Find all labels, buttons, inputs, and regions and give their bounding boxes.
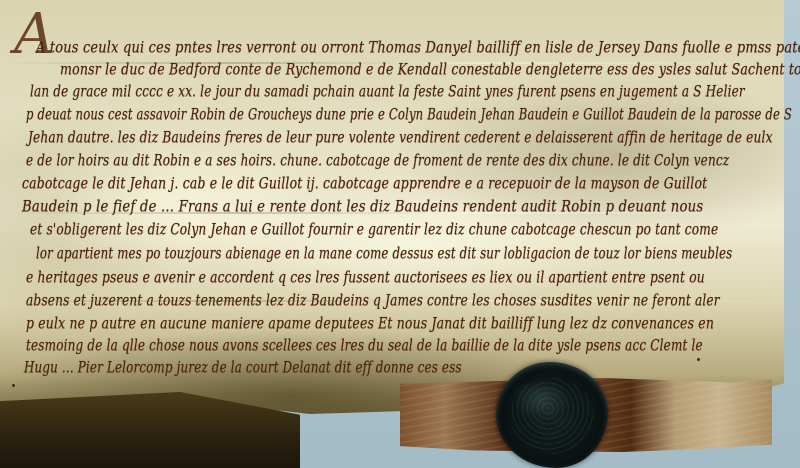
text-line: Baudein p le fief de ... Frans a lui e r… xyxy=(22,198,703,216)
text-line: p eulx ne p autre en aucune maniere apam… xyxy=(26,315,714,333)
ink-speck xyxy=(12,384,15,387)
text-line: monsr le duc de Bedford conte de Rychemo… xyxy=(60,61,800,79)
text-line: e de lor hoirs au dit Robin e a ses hoir… xyxy=(26,152,729,170)
text-line: Hugu ... Pier Lelorcomp jurez de la cour… xyxy=(24,359,462,377)
text-line: lan de grace mil cccc e xx. le jour du s… xyxy=(30,83,745,101)
text-line: tesmoing de la qlle chose nous avons sce… xyxy=(26,337,703,355)
text-line: Jehan dautre. les diz Baudeins freres de… xyxy=(28,129,773,147)
text-line: A tous ceulx qui ces pntes lres verront … xyxy=(36,39,800,57)
manuscript-photo: A A tous ceulx qui ces pntes lres verron… xyxy=(0,0,800,468)
text-line: e heritages pseus e avenir e accordent q… xyxy=(26,269,705,287)
ink-speck xyxy=(697,358,700,361)
decorated-initial: A xyxy=(14,2,54,67)
text-line: absens et juzerent a touzs tenements lez… xyxy=(26,292,720,310)
text-line: lor apartient mes po touzjours abienage … xyxy=(36,245,732,263)
text-line: p deuat nous cest assavoir Robin de Grou… xyxy=(26,106,792,124)
text-line: cabotcage le dit Jehan j. cab e le dit G… xyxy=(22,175,707,193)
wax-seal-texture xyxy=(510,378,594,454)
text-line: et s'obligerent les diz Colyn Jehan e Gu… xyxy=(30,221,718,239)
